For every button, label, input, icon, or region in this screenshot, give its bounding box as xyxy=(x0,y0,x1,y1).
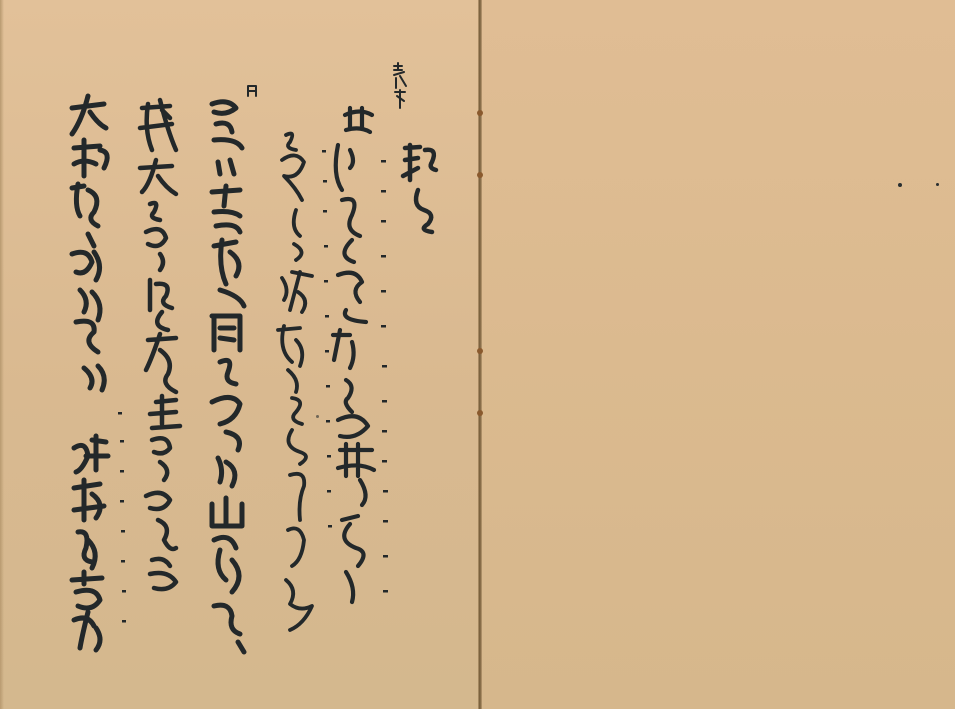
manuscript-spread: 山復深 月 跡書 昔に露あれたりしや苺と宿け こゑりと小尼夜乃むかへてむしん 是… xyxy=(0,0,955,709)
column-1-strokes xyxy=(333,108,374,602)
right-page xyxy=(481,0,955,709)
column-5-strokes xyxy=(72,96,107,390)
annotation-top-strokes xyxy=(394,63,406,108)
column-6-strokes xyxy=(72,436,108,650)
column-1-marks xyxy=(381,160,388,593)
title-strokes xyxy=(403,145,436,232)
calligraphy-strokes xyxy=(0,0,479,709)
column-3-strokes xyxy=(212,102,244,652)
annotation-small-strokes xyxy=(248,86,256,96)
column-2-marks xyxy=(322,150,332,528)
ink-speck xyxy=(936,183,939,186)
ink-speck xyxy=(898,183,902,187)
column-4-strokes xyxy=(140,100,180,589)
column-4-marks xyxy=(118,412,126,623)
calligraphy-layer: 山復深 月 跡書 昔に露あれたりしや苺と宿け こゑりと小尼夜乃むかへてむしん 是… xyxy=(0,0,479,709)
ink-speck xyxy=(316,415,319,418)
column-2-strokes xyxy=(278,134,312,630)
